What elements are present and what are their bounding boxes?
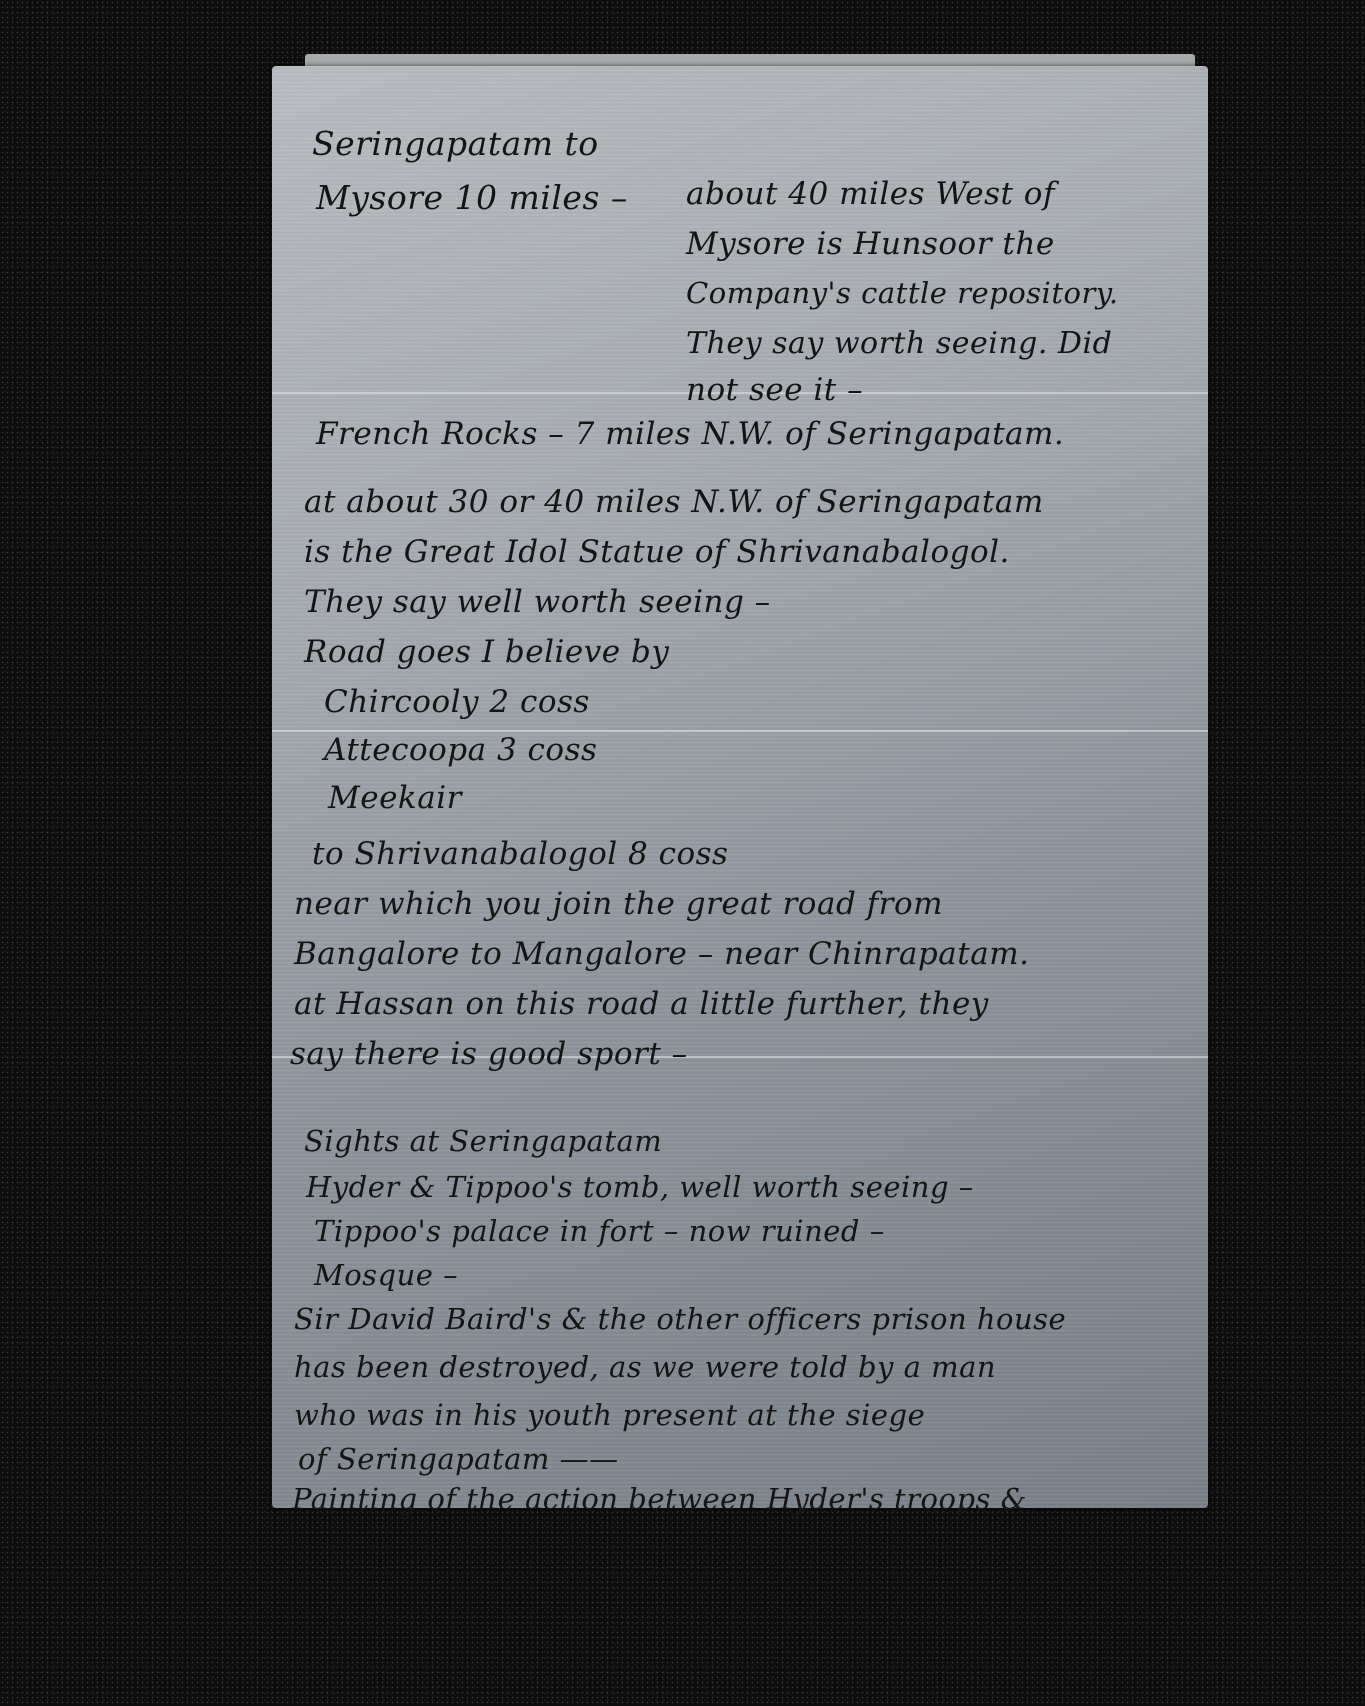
handwritten-line: Chircooly 2 coss <box>324 684 590 720</box>
handwritten-line: Sir David Baird's & the other officers p… <box>294 1302 1066 1336</box>
handwritten-line: French Rocks – 7 miles N.W. of Seringapa… <box>316 416 1064 452</box>
letter-page: Seringapatam to Mysore 10 miles – about … <box>272 66 1208 1508</box>
handwritten-line: who was in his youth present at the sieg… <box>294 1398 925 1432</box>
handwritten-line: at Hassan on this road a little further,… <box>294 986 989 1022</box>
handwritten-line: Mosque – <box>314 1258 458 1292</box>
handwritten-line: Seringapatam to <box>312 124 599 163</box>
handwritten-line: near which you join the great road from <box>294 886 943 922</box>
handwritten-line: has been destroyed, as we were told by a… <box>294 1350 996 1384</box>
handwritten-line: about 40 miles West of <box>686 176 1055 212</box>
handwritten-line: Bangalore to Mangalore – near Chinrapata… <box>294 936 1029 972</box>
handwritten-line: not see it – <box>686 372 863 408</box>
handwritten-line: say there is good sport – <box>290 1036 688 1072</box>
handwritten-line: They say well worth seeing – <box>304 584 771 620</box>
handwritten-line: Sights at Seringapatam <box>304 1124 662 1158</box>
handwritten-line: Hyder & Tippoo's tomb, well worth seeing… <box>306 1170 974 1204</box>
handwritten-line: They say worth seeing. Did <box>686 326 1112 361</box>
handwritten-line: Mysore is Hunsoor the <box>686 226 1055 262</box>
handwritten-line: at about 30 or 40 miles N.W. of Seringap… <box>304 484 1044 520</box>
handwritten-line: Meekair <box>328 780 462 816</box>
handwritten-line: of Seringapatam —— <box>298 1442 619 1476</box>
handwritten-line: is the Great Idol Statue of Shrivanabalo… <box>304 534 1010 570</box>
handwritten-line: to Shrivanabalogol 8 coss <box>312 836 728 872</box>
handwritten-line: Company's cattle repository. <box>686 276 1119 310</box>
handwritten-line: Mysore 10 miles – <box>316 178 628 217</box>
handwritten-line: Painting of the action between Hyder's t… <box>292 1482 1027 1516</box>
handwritten-line: Attecoopa 3 coss <box>324 732 597 768</box>
handwritten-line: Road goes I believe by <box>304 634 669 670</box>
handwritten-line: Tippoo's palace in fort – now ruined – <box>314 1214 885 1248</box>
